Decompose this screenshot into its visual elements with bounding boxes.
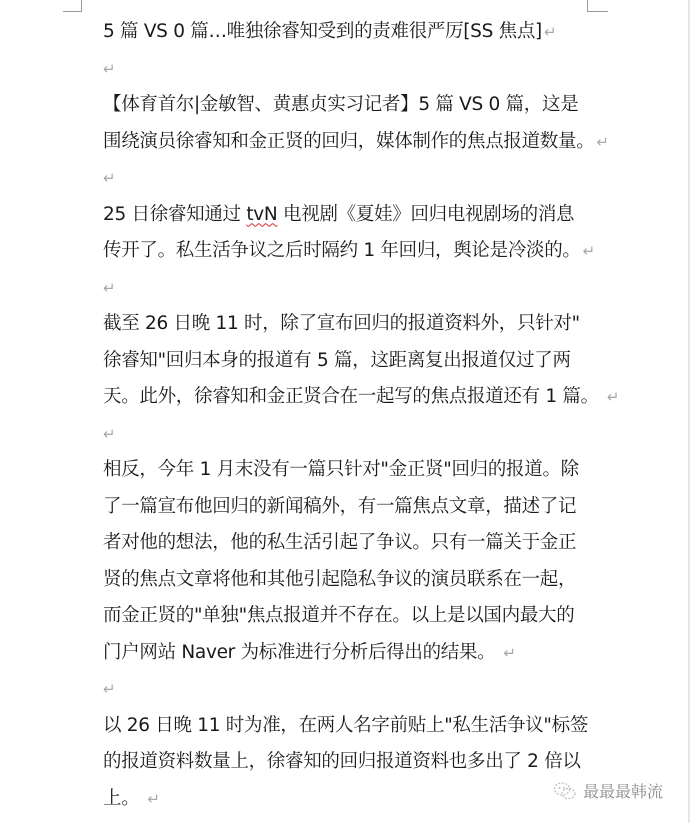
line-content: 了一篇宣布他回归的新闻稿外，有一篇焦点文章，描述了记 (103, 496, 576, 517)
line-text[interactable]: 围绕演员徐睿知和金正贤的回归，媒体制作的焦点报道数量。↵ (103, 124, 603, 161)
line-empty[interactable]: ↵ (103, 270, 603, 307)
line-empty[interactable]: ↵ (103, 416, 603, 453)
line-title[interactable]: 5 篇 VS 0 篇…唯独徐睿知受到的责难很严厉[SS 焦点]↵ (103, 14, 603, 51)
spellcheck-flagged-word[interactable]: tvN (246, 204, 277, 225)
margin-corner-top-left (63, 0, 82, 12)
line-content: 电视剧《夏娃》回归电视剧场的消息 (277, 204, 574, 225)
line-content: 的报道资料数量上，徐睿知的回归报道资料也多出了 2 倍以 (103, 751, 581, 772)
line-text[interactable]: 以 26 日晚 11 时为准，在两人名字前贴上"私生活争议"标签 (103, 708, 603, 745)
line-text[interactable]: 截至 26 日晚 11 时，除了宣布回归的报道资料外，只针对" (103, 306, 603, 343)
document-page: 5 篇 VS 0 篇…唯独徐睿知受到的责难很严厉[SS 焦点]↵ ↵ 【体育首尔… (0, 0, 690, 823)
line-content: 以 26 日晚 11 时为准，在两人名字前贴上"私生活争议"标签 (103, 715, 588, 736)
line-text[interactable]: 贤的焦点文章将他和其他引起隐私争议的演员联系在一起， (103, 562, 603, 599)
line-content: 传开了。私生活争议之后时隔约 1 年回归，舆论是冷淡的。 (103, 240, 581, 261)
paragraph-mark-icon: ↵ (544, 23, 556, 41)
line-text[interactable]: 传开了。私生活争议之后时隔约 1 年回归，舆论是冷淡的。↵ (103, 233, 603, 270)
paragraph-mark-icon: ↵ (103, 169, 115, 187)
line-text[interactable]: 上。↵ (103, 781, 603, 818)
line-text[interactable]: 相反，今年 1 月末没有一篇只针对"金正贤"回归的报道。除 (103, 452, 603, 489)
line-text[interactable]: 门户网站 Naver 为标准进行分析后得出的结果。↵ (103, 635, 603, 672)
line-text[interactable]: 徐睿知"回归本身的报道有 5 篇，这距离复出报道仅过了两 (103, 343, 603, 380)
line-content: 截至 26 日晚 11 时，除了宣布回归的报道资料外，只针对" (103, 313, 580, 334)
paragraph-mark-icon: ↵ (503, 644, 515, 662)
line-empty[interactable]: ↵ (103, 671, 603, 708)
watermark-text: 最最最韩流 (583, 779, 663, 802)
document-body[interactable]: 5 篇 VS 0 篇…唯独徐睿知受到的责难很严厉[SS 焦点]↵ ↵ 【体育首尔… (103, 14, 603, 817)
line-text[interactable]: 了一篇宣布他回归的新闻稿外，有一篇焦点文章，描述了记 (103, 489, 603, 526)
title-text: 5 篇 VS 0 篇…唯独徐睿知受到的责难很严厉[SS 焦点] (103, 21, 542, 42)
line-empty[interactable]: ↵ (103, 160, 603, 197)
wechat-icon (553, 781, 577, 801)
paragraph-mark-icon: ↵ (103, 680, 115, 698)
watermark: 最最最韩流 (553, 779, 663, 802)
paragraph-mark-icon: ↵ (103, 279, 115, 297)
line-content: 上。 (103, 788, 139, 809)
margin-corner-top-right (587, 0, 608, 12)
line-content: 徐睿知"回归本身的报道有 5 篇，这距离复出报道仅过了两 (103, 350, 571, 371)
line-content: 天。此外，徐睿知和金正贤合在一起写的焦点报道还有 1 篇。 (103, 386, 599, 407)
paragraph-mark-icon: ↵ (583, 242, 595, 260)
line-text[interactable]: 而金正贤的"单独"焦点报道并不存在。以上是以国内最大的 (103, 598, 603, 635)
line-content: 围绕演员徐睿知和金正贤的回归，媒体制作的焦点报道数量。 (103, 131, 594, 152)
line-content: 【体育首尔|金敏智、黄惠贞实习记者】5 篇 VS 0 篇，这是 (103, 94, 578, 115)
line-text[interactable]: 者对他的想法，他的私生活引起了争议。只有一篇关于金正 (103, 525, 603, 562)
line-text[interactable]: 天。此外，徐睿知和金正贤合在一起写的焦点报道还有 1 篇。↵ (103, 379, 603, 416)
line-content: 25 日徐睿知通过 (103, 204, 246, 225)
line-content: 而金正贤的"单独"焦点报道并不存在。以上是以国内最大的 (103, 605, 574, 626)
line-text[interactable]: 【体育首尔|金敏智、黄惠贞实习记者】5 篇 VS 0 篇，这是 (103, 87, 603, 124)
line-content: 者对他的想法，他的私生活引起了争议。只有一篇关于金正 (103, 532, 576, 553)
paragraph-mark-icon: ↵ (147, 790, 159, 808)
line-empty[interactable]: ↵ (103, 51, 603, 88)
line-text[interactable]: 的报道资料数量上，徐睿知的回归报道资料也多出了 2 倍以 (103, 744, 603, 781)
paragraph-mark-icon: ↵ (607, 388, 619, 406)
paragraph-mark-icon: ↵ (103, 425, 115, 443)
line-content: 门户网站 Naver 为标准进行分析后得出的结果。 (103, 642, 495, 663)
paragraph-mark-icon: ↵ (596, 133, 608, 151)
line-text[interactable]: 25 日徐睿知通过 tvN 电视剧《夏娃》回归电视剧场的消息 (103, 197, 603, 234)
paragraph-mark-icon: ↵ (103, 60, 115, 78)
line-content: 贤的焦点文章将他和其他引起隐私争议的演员联系在一起， (103, 569, 576, 590)
line-content: 相反，今年 1 月末没有一篇只针对"金正贤"回归的报道。除 (103, 459, 579, 480)
